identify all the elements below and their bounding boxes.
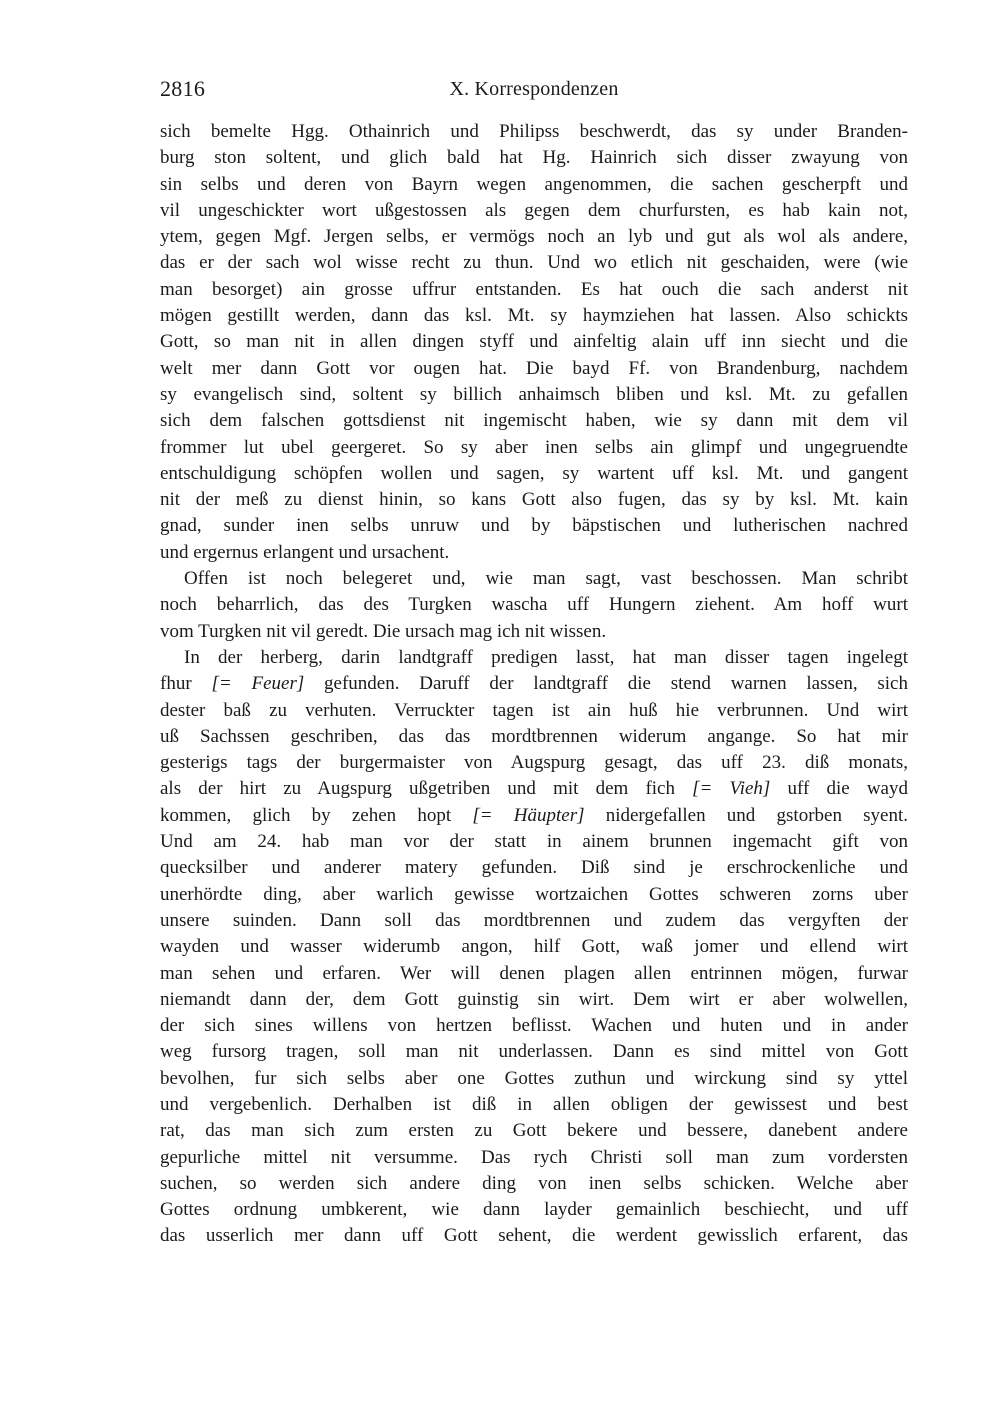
text-line: Offen ist noch belegeret und, wie man sa…: [160, 566, 908, 592]
text-segment: vom Turgken nit vil geredt. Die ursach m…: [160, 621, 606, 642]
text-line: als der hirt zu Augspurg ußgetriben und …: [160, 776, 908, 802]
text-segment: In der herberg, darin landtgraff predige…: [184, 647, 908, 668]
text-segment: fhur: [160, 673, 211, 694]
text-line: wayden und wasser widerumb angon, hilf G…: [160, 934, 908, 960]
text-segment: man sehen und erfaren. Wer will denen pl…: [160, 963, 908, 984]
text-segment: weg fursorg tragen, soll man nit underla…: [160, 1041, 908, 1062]
italic-gloss: [= Feuer]: [211, 673, 304, 694]
text-segment: uff die wayd: [770, 778, 908, 799]
text-line: dester baß zu verhuten. Verruckter tagen…: [160, 698, 908, 724]
text-line: sin selbs und deren von Bayrn wegen ange…: [160, 172, 908, 198]
text-segment: Gott, so man nit in allen dingen styff u…: [160, 331, 908, 352]
paragraph: sich bemelte Hgg. Othainrich und Philips…: [160, 119, 908, 566]
text-segment: burg ston soltent, und glich bald hat Hg…: [160, 147, 908, 168]
running-title: X. Korrespondenzen: [160, 76, 908, 101]
text-line: uß Sachssen geschriben, das das mordtbre…: [160, 724, 908, 750]
text-line: das usserlich mer dann uff Gott sehent, …: [160, 1223, 908, 1249]
text-segment: suchen, so werden sich andere ding von i…: [160, 1173, 908, 1194]
text-line: gesterigs tags der burgermaister von Aug…: [160, 750, 908, 776]
text-segment: man besorget) ain grosse uffrur entstand…: [160, 279, 908, 300]
text-segment: niemandt dann der, dem Gott guinstig sin…: [160, 989, 908, 1010]
text-segment: frommer lut ubel geergeret. So sy aber i…: [160, 437, 908, 458]
page-text: sich bemelte Hgg. Othainrich und Philips…: [160, 119, 908, 1250]
text-segment: nit der meß zu dienst hinin, so kans Got…: [160, 489, 908, 510]
text-line: frommer lut ubel geergeret. So sy aber i…: [160, 435, 908, 461]
italic-gloss: [= Häupter]: [472, 805, 584, 826]
text-segment: das usserlich mer dann uff Gott sehent, …: [160, 1225, 908, 1246]
text-segment: der sich sines willens von hertzen befli…: [160, 1015, 908, 1036]
text-segment: gefunden. Daruff der landtgraff die sten…: [304, 673, 908, 694]
text-segment: dester baß zu verhuten. Verruckter tagen…: [160, 700, 908, 721]
text-line: unsere suinden. Dann soll das mordtbrenn…: [160, 908, 908, 934]
text-line: quecksilber und anderer matery gefunden.…: [160, 855, 908, 881]
text-segment: kommen, glich by zehen hopt: [160, 805, 472, 826]
text-line: kommen, glich by zehen hopt [= Häupter] …: [160, 803, 908, 829]
text-segment: und vergebenlich. Derhalben ist diß in a…: [160, 1094, 908, 1115]
text-line: man sehen und erfaren. Wer will denen pl…: [160, 961, 908, 987]
text-line: das er der sach wol wisse recht zu thun.…: [160, 250, 908, 276]
text-line: sich bemelte Hgg. Othainrich und Philips…: [160, 119, 908, 145]
text-segment: als der hirt zu Augspurg ußgetriben und …: [160, 778, 692, 799]
page-header: 2816 X. Korrespondenzen: [160, 76, 908, 104]
text-segment: unsere suinden. Dann soll das mordtbrenn…: [160, 910, 908, 931]
italic-gloss: [= Vieh]: [692, 778, 770, 799]
text-line: niemandt dann der, dem Gott guinstig sin…: [160, 987, 908, 1013]
text-segment: Offen ist noch belegeret und, wie man sa…: [184, 568, 908, 589]
paragraph: In der herberg, darin landtgraff predige…: [160, 645, 908, 1250]
text-segment: vil ungeschickter wort ußgestossen als g…: [160, 200, 908, 221]
text-segment: gepurliche mittel nit versumme. Das rych…: [160, 1147, 908, 1168]
text-line: Und am 24. hab man vor der statt in aine…: [160, 829, 908, 855]
text-line: Gott, so man nit in allen dingen styff u…: [160, 329, 908, 355]
text-segment: wayden und wasser widerumb angon, hilf G…: [160, 936, 908, 957]
text-segment: rat, das man sich zum ersten zu Gott bek…: [160, 1120, 908, 1141]
text-segment: Gottes ordnung umbkerent, wie dann layde…: [160, 1199, 908, 1220]
text-segment: quecksilber und anderer matery gefunden.…: [160, 857, 908, 878]
page-number: 2816: [160, 76, 205, 102]
text-segment: sich bemelte Hgg. Othainrich und Philips…: [160, 121, 908, 142]
text-segment: das er der sach wol wisse recht zu thun.…: [160, 252, 908, 273]
text-line: man besorget) ain grosse uffrur entstand…: [160, 277, 908, 303]
text-segment: mögen gestillt werden, dann das ksl. Mt.…: [160, 305, 908, 326]
text-segment: unerhördte ding, aber warlich gewisse wo…: [160, 884, 908, 905]
text-segment: sy evangelisch sind, soltent sy billich …: [160, 384, 908, 405]
text-line: Gottes ordnung umbkerent, wie dann layde…: [160, 1197, 908, 1223]
text-line: vom Turgken nit vil geredt. Die ursach m…: [160, 619, 908, 645]
book-page: 2816 X. Korrespondenzen sich bemelte Hgg…: [0, 0, 1004, 1418]
paragraph: Offen ist noch belegeret und, wie man sa…: [160, 566, 908, 645]
text-segment: bevolhen, fur sich selbs aber one Gottes…: [160, 1068, 908, 1089]
text-line: ytem, gegen Mgf. Jergen selbs, er vermög…: [160, 224, 908, 250]
text-segment: nidergefallen und gstorben syent.: [585, 805, 909, 826]
text-line: sich dem falschen gottsdienst nit ingemi…: [160, 408, 908, 434]
text-segment: uß Sachssen geschriben, das das mordtbre…: [160, 726, 908, 747]
text-line: rat, das man sich zum ersten zu Gott bek…: [160, 1118, 908, 1144]
text-line: unerhördte ding, aber warlich gewisse wo…: [160, 882, 908, 908]
text-line: mögen gestillt werden, dann das ksl. Mt.…: [160, 303, 908, 329]
text-line: noch beharrlich, das des Turgken wascha …: [160, 592, 908, 618]
text-segment: welt mer dann Gott vor ougen hat. Die ba…: [160, 358, 908, 379]
text-segment: noch beharrlich, das des Turgken wascha …: [160, 594, 908, 615]
text-line: gnad, sunder inen selbs unruw und by bäp…: [160, 513, 908, 539]
text-line: welt mer dann Gott vor ougen hat. Die ba…: [160, 356, 908, 382]
text-segment: ytem, gegen Mgf. Jergen selbs, er vermög…: [160, 226, 908, 247]
text-line: weg fursorg tragen, soll man nit underla…: [160, 1039, 908, 1065]
text-line: fhur [= Feuer] gefunden. Daruff der land…: [160, 671, 908, 697]
text-line: burg ston soltent, und glich bald hat Hg…: [160, 145, 908, 171]
text-segment: und ergernus erlangent und ursachent.: [160, 542, 449, 563]
text-segment: entschuldigung schöpfen wollen und sagen…: [160, 463, 908, 484]
text-line: bevolhen, fur sich selbs aber one Gottes…: [160, 1066, 908, 1092]
text-segment: gesterigs tags der burgermaister von Aug…: [160, 752, 908, 773]
text-line: vil ungeschickter wort ußgestossen als g…: [160, 198, 908, 224]
text-line: und vergebenlich. Derhalben ist diß in a…: [160, 1092, 908, 1118]
text-line: In der herberg, darin landtgraff predige…: [160, 645, 908, 671]
text-segment: Und am 24. hab man vor der statt in aine…: [160, 831, 908, 852]
text-line: entschuldigung schöpfen wollen und sagen…: [160, 461, 908, 487]
text-line: und ergernus erlangent und ursachent.: [160, 540, 908, 566]
text-segment: sich dem falschen gottsdienst nit ingemi…: [160, 410, 908, 431]
text-line: nit der meß zu dienst hinin, so kans Got…: [160, 487, 908, 513]
text-line: gepurliche mittel nit versumme. Das rych…: [160, 1145, 908, 1171]
text-segment: sin selbs und deren von Bayrn wegen ange…: [160, 174, 908, 195]
text-segment: gnad, sunder inen selbs unruw und by bäp…: [160, 515, 908, 536]
text-line: der sich sines willens von hertzen befli…: [160, 1013, 908, 1039]
text-line: sy evangelisch sind, soltent sy billich …: [160, 382, 908, 408]
text-line: suchen, so werden sich andere ding von i…: [160, 1171, 908, 1197]
